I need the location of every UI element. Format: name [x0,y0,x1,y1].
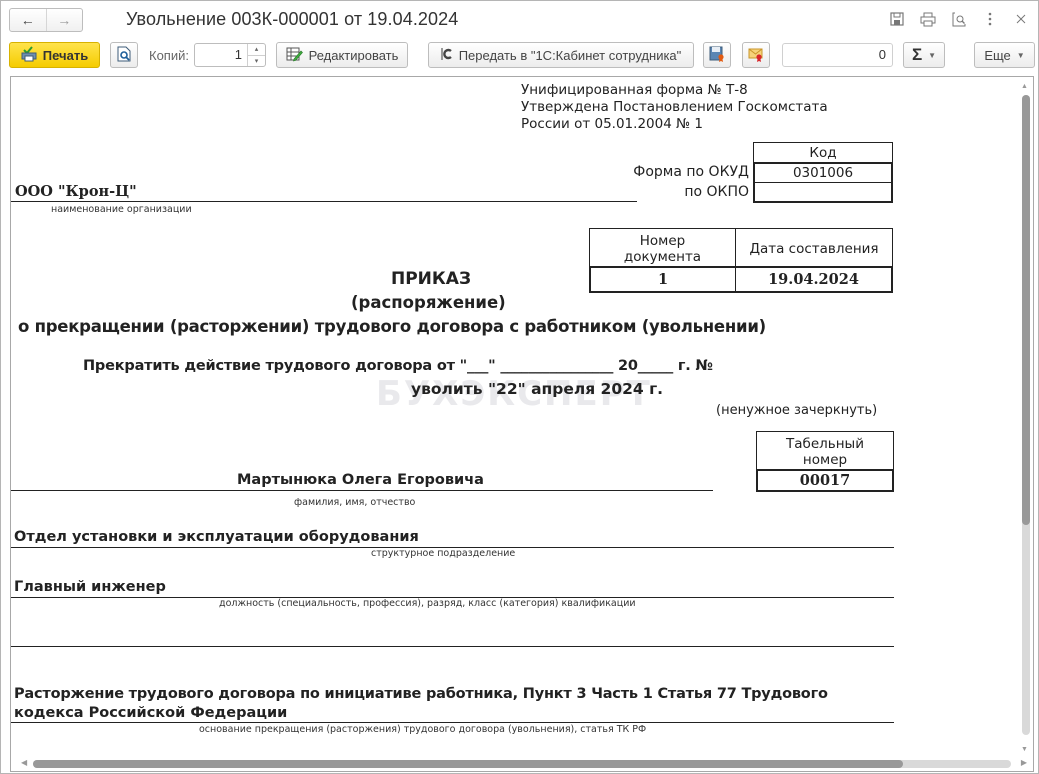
edit-table-icon [286,46,303,65]
scroll-right-icon[interactable]: ▶ [1021,758,1027,767]
organization-caption: наименование организации [51,204,192,215]
caret-down-icon: ▼ [1017,51,1025,60]
edit-label: Редактировать [309,48,399,63]
print-form-window: ← → Увольнение 003К-000001 от 19.04.2024… [0,0,1039,774]
save-with-signature-button[interactable] [703,42,731,68]
sum-mode-dropdown[interactable]: Σ ▼ [903,42,945,68]
tab-number-value: 00017 [758,471,892,490]
grounds-caption: основание прекращения (расторжения) труд… [199,724,646,735]
okpo-label: по ОКПО [684,184,749,200]
tab-number-header: Табельный номер [757,432,893,471]
vertical-scrollbar[interactable]: ▲ ▼ [1022,83,1030,753]
codes-header: Код [754,143,892,163]
terminate-contract-line: Прекратить действие трудового договора о… [83,358,713,374]
tab-number-header-cell: Табельный номер [756,431,894,470]
save-icon[interactable] [888,10,906,28]
print-button[interactable]: Печать [9,42,100,68]
arrow-right-icon: → [57,12,71,28]
1c-logo-icon [441,47,453,64]
strike-note: (ненужное зачеркнуть) [716,403,877,418]
copies-input[interactable]: 1 [195,44,247,66]
copies-spinner: ▴ ▾ [247,44,265,66]
preview-icon [117,46,131,65]
grounds-line-1: Расторжение трудового договора по инициа… [14,686,828,702]
back-button[interactable]: ← [10,9,46,31]
grounds-line-2: кодекса Российской Федерации [14,705,287,721]
close-icon[interactable] [1012,10,1030,28]
forward-button[interactable]: → [46,9,83,31]
arrow-left-icon: ← [21,12,35,28]
navigation-buttons: ← → [9,8,83,32]
transfer-label: Передать в "1С:Кабинет сотрудника" [459,48,682,63]
transfer-to-employee-cabinet-button[interactable]: Передать в "1С:Кабинет сотрудника" [428,42,694,68]
codes-values-box: 0301006 [753,162,893,203]
sigma-icon: Σ [912,45,922,65]
form-t8: БУХЭКСПЕРТ Унифицированная форма № Т-8 У… [11,77,1021,757]
blank-underline [11,646,894,647]
tab-number-value-cell: 00017 [756,469,894,492]
preview-button[interactable] [110,42,138,68]
tab-number-header-text: Табельный номер [780,436,870,468]
okpo-value [755,183,891,201]
doc-date-header: Дата составления [736,229,892,268]
copies-label: Копий: [149,48,189,63]
employee-name: Мартынюка Олега Егоровича [237,472,484,488]
print-label: Печать [43,48,88,63]
order-subtitle: (распоряжение) [351,293,506,312]
dismiss-date-line: уволить "22" апреля 2024 г. [411,380,663,398]
spin-up-icon[interactable]: ▴ [248,44,265,55]
position-caption: должность (специальность, профессия), ра… [219,598,636,609]
employee-caption: фамилия, имя, отчество [294,497,415,508]
spreadsheet-document[interactable]: БУХЭКСПЕРТ Унифицированная форма № Т-8 У… [10,76,1034,772]
organization-name: ООО "Крон-Ц" [15,183,137,200]
department-caption: структурное подразделение [371,548,515,559]
doc-date-value: 19.04.2024 [736,268,891,291]
floppy-signature-icon [709,46,725,65]
header-note-line: Утверждена Постановлением Госкомстата [521,99,828,116]
more-vertical-icon[interactable] [981,10,999,28]
grounds-underline [11,722,894,723]
printer-icon [21,46,37,65]
copies-stepper[interactable]: 1 ▴ ▾ [194,43,266,67]
horizontal-scroll-thumb[interactable] [33,760,903,768]
edit-button[interactable]: Редактировать [276,42,408,68]
codes-header-cell: Код [753,142,893,162]
scroll-down-icon[interactable]: ▼ [1021,746,1028,753]
window-title: Увольнение 003К-000001 от 19.04.2024 [126,9,458,30]
toolbar: Печать Копий: 1 ▴ ▾ Редактировать Перед [1,41,1039,71]
scroll-left-icon[interactable]: ◀ [21,758,27,767]
header-note-line: России от 05.01.2004 № 1 [521,116,828,133]
doc-table-header: Номер документа Дата составления [589,228,893,268]
doc-number-value: 1 [591,268,736,291]
window-actions [888,10,1030,28]
caret-down-icon: ▼ [928,51,936,60]
doc-number-header-text: Номер документа [613,233,713,265]
position-name: Главный инженер [14,579,166,595]
spin-down-icon[interactable]: ▾ [248,55,265,67]
preview-icon[interactable] [950,10,968,28]
order-subject: о прекращении (расторжении) трудового до… [18,317,766,336]
organization-underline [11,201,637,202]
employee-underline [11,490,713,491]
send-with-signature-button[interactable] [742,42,770,68]
horizontal-scrollbar[interactable]: ◀ ▶ [25,760,1021,768]
more-button[interactable]: Еще ▼ [974,42,1035,68]
header-note-line: Унифицированная форма № Т-8 [521,82,828,99]
form-header-note: Унифицированная форма № Т-8 Утверждена П… [521,82,828,133]
order-title: ПРИКАЗ [391,269,471,289]
scroll-up-icon[interactable]: ▲ [1021,83,1028,90]
okud-value: 0301006 [755,164,891,183]
print-icon[interactable] [919,10,937,28]
doc-table-values: 1 19.04.2024 [589,266,893,293]
envelope-signature-icon [748,46,764,65]
doc-number-header: Номер документа [590,229,736,268]
department-name: Отдел установки и эксплуатации оборудова… [14,529,419,545]
selected-sum-field[interactable]: 0 [782,43,893,67]
vertical-scroll-thumb[interactable] [1022,95,1030,525]
okud-label: Форма по ОКУД [633,164,749,180]
more-label: Еще [984,48,1010,63]
